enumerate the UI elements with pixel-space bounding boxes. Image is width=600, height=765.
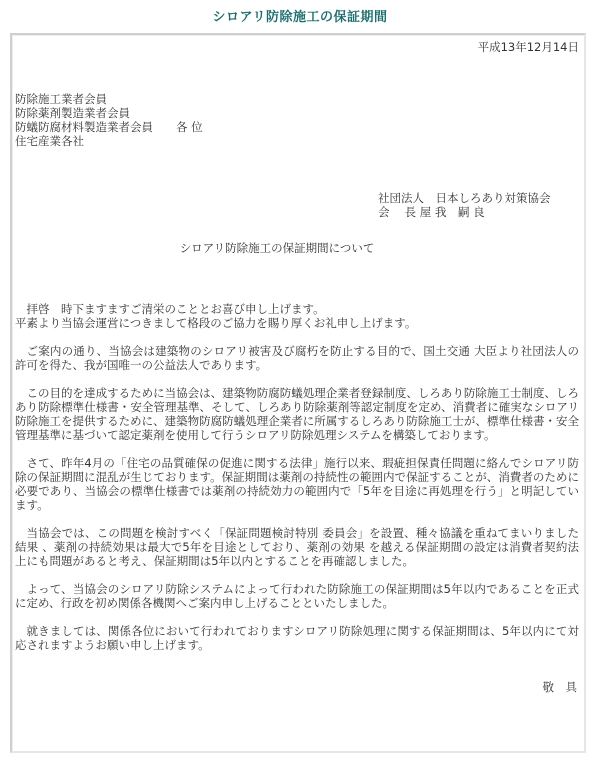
paragraph: さて、昨年4月の「住宅の品質確保の促進に関する法律」施行以来、瑕疵担保責任問題に…: [15, 456, 579, 512]
paragraph-greeting: 拝啓 時下ますますご清栄のこととお喜び申し上げます。平素より当協会運営につきまし…: [15, 302, 579, 330]
sender-block: 社団法人 日本しろあり対策協会 会 長 屋 我 嗣 良: [378, 191, 579, 219]
paragraph: 就きましては、関係各位において行われておりますシロアリ防除処理に関する保証期間は…: [15, 624, 579, 652]
page-title: シロアリ防除施工の保証期間: [0, 6, 600, 25]
paragraph: 当協会では、この問題を検討すべく「保証問題検討特別 委員会」を設置、種々協議を重…: [15, 526, 579, 568]
sender-organization: 社団法人 日本しろあり対策協会: [378, 191, 579, 205]
recipient-line: 防蟻防腐材料製造業者会員 各 位: [15, 120, 579, 134]
paragraph: よって、当協会のシロアリ防除システムによって行われた防除施工の保証期間は5年以内…: [15, 582, 579, 610]
paragraph: この目的を達成するために当協会は、建築物防腐防蟻処理企業者登録制度、しろあり防除…: [15, 386, 579, 442]
letter-closing: 敬 具: [15, 680, 579, 694]
letter-body: 平成13年12月14日 防除施工業者会員 防除薬剤製造業者会員 防蟻防腐材料製造…: [15, 36, 579, 694]
paragraph-text: 拝啓 時下ますますご清栄のこととお喜び申し上げます。平素より当協会運営につきまし…: [15, 302, 416, 330]
recipient-line: 防除施工業者会員: [15, 92, 579, 106]
sender-representative: 会 長 屋 我 嗣 良: [378, 205, 579, 219]
paragraph: ご案内の通り、当協会は建築物のシロアリ被害及び腐朽を防止する目的で、国土交通 大…: [15, 344, 579, 372]
recipient-list: 防除施工業者会員 防除薬剤製造業者会員 防蟻防腐材料製造業者会員 各 位 住宅産…: [15, 92, 579, 148]
recipient-line: 住宅産業各社: [15, 134, 579, 148]
recipient-line: 防除薬剤製造業者会員: [15, 106, 579, 120]
letter-date: 平成13年12月14日: [15, 40, 579, 54]
letter-subject: シロアリ防除施工の保証期間について: [15, 241, 579, 255]
